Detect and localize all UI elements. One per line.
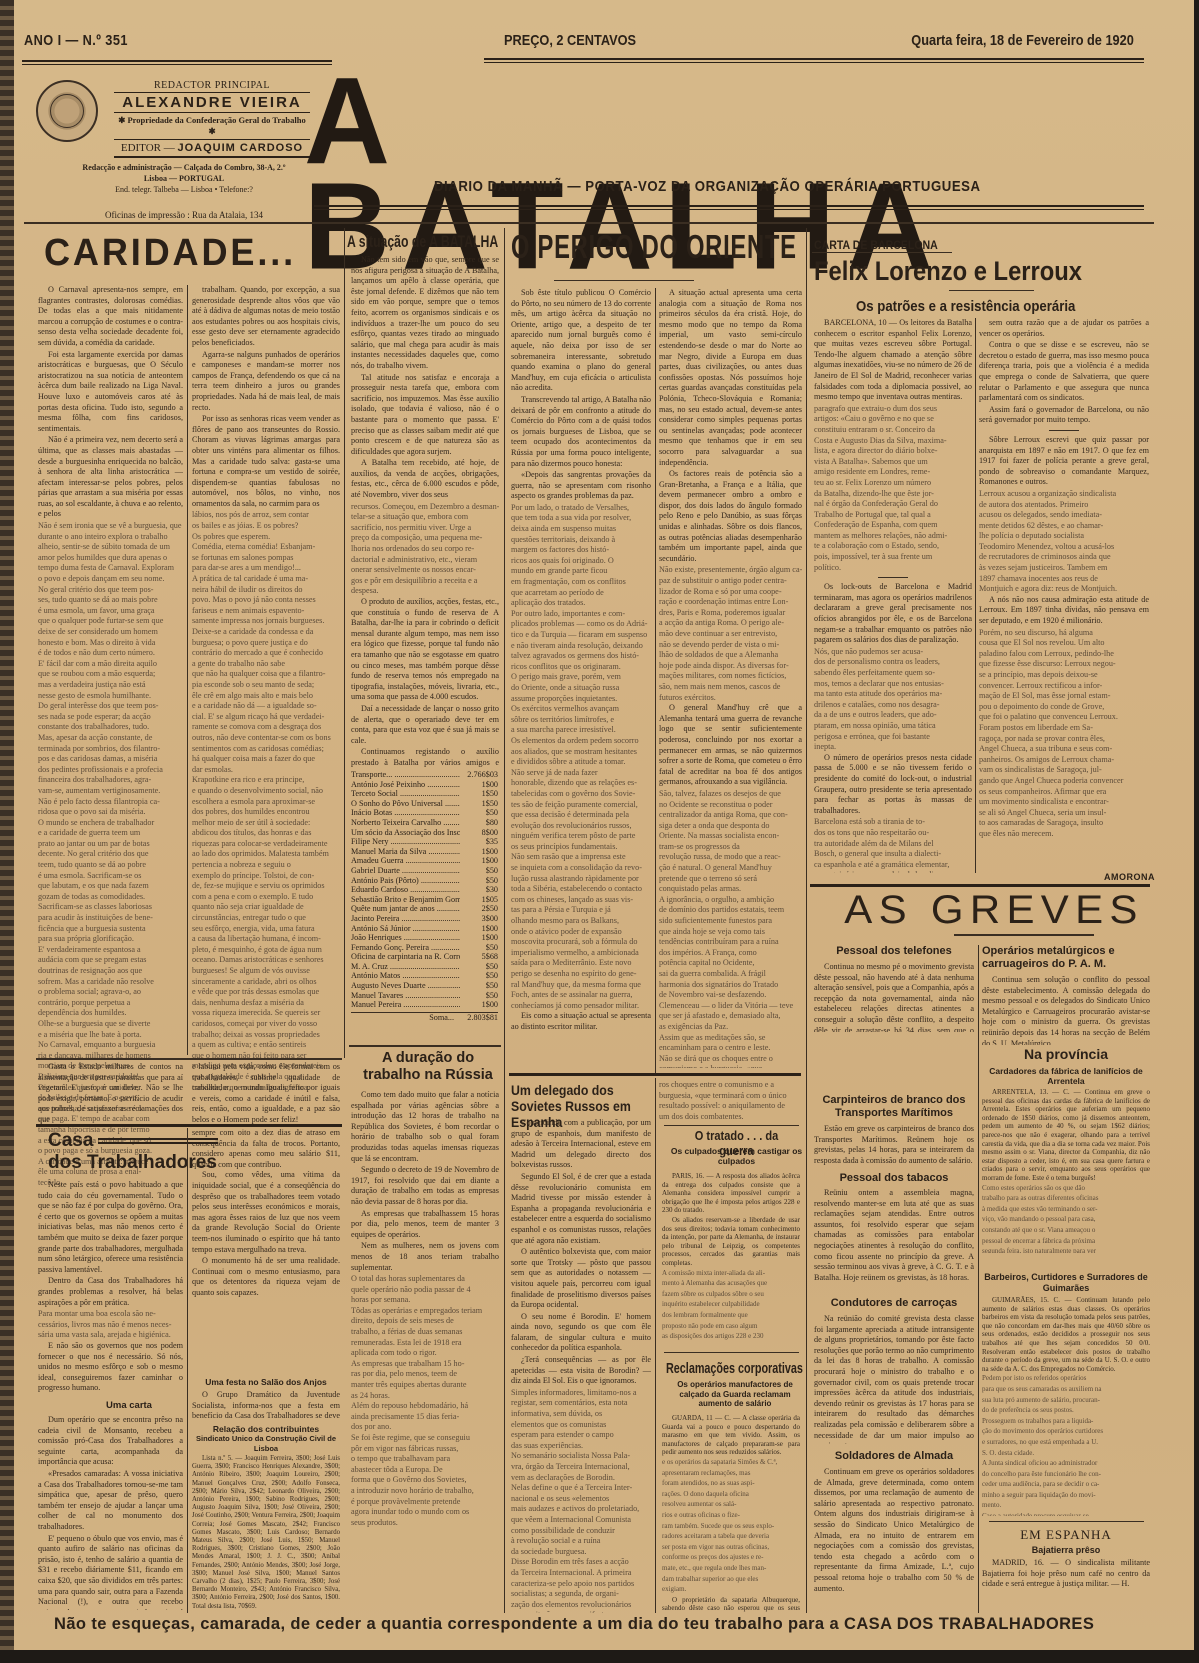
casa-letter: Dum operário que se encontra prêso na ca… [38,1415,183,1610]
contributor-name: Inácio Botas [351,808,460,818]
paragraph: Os lock-outs de Barcelona e Madrid termi… [814,582,972,646]
contribution-row: Manuel Maria da Silva1$00 [351,847,498,857]
column-rule [975,318,976,873]
contributor-name: Eduardo Cardoso [351,885,460,895]
paragraph: Continuam em greve os operários soldador… [814,1467,974,1594]
paragraph: Segundo o decreto de 19 de Novembro de 1… [351,1165,499,1207]
paragraph: Não tem sido em vão que, sempre que se n… [351,255,499,372]
paragraph: E não são os governos que nos podem forn… [38,1341,183,1394]
casa-col-1: Neste país está o povo habituado a que t… [38,1180,183,1395]
contributor-name: Sebastião Brito e Benjamim Gomes [351,895,460,905]
paragraph: A nós não nos causa admiração esta atitu… [979,595,1149,627]
paragraph: A situação actual apresenta uma certa an… [659,288,802,468]
column-rule [655,288,656,1073]
subheadline-reclamacoes: Os operários manufactores de calçado da … [669,1380,801,1409]
section-rule [36,1124,342,1127]
reclamacoes-text: GUARDA, 11 — C. — A classe operária da G… [662,1414,800,1612]
contributor-name: Quête num jantar de anos [351,904,460,914]
contribution-value: 3$00 [460,914,498,924]
paragraph: Dentro da Casa dos Trabalhadores há gran… [38,1276,183,1308]
paragraph: BARCELONA, 10 — Os leitores da Batalha c… [814,318,972,403]
body-text-continued: Nós, que não pudemos ser acusa-dos de pe… [814,647,972,753]
contribution-row: Manuel Pereira1$00 [351,1000,498,1010]
contribution-value: 1$00 [460,924,498,934]
body-text-continued: O total das horas suplementares daquele … [351,1274,499,1528]
paragraph: Os aliados reservam-se a liberdade de us… [662,1216,800,1268]
paragraph: ¿Terá consequências — as por êle apeteci… [511,1355,651,1387]
contributor-name: Norberto Teixeira Carvalho [351,818,460,828]
contribution-value: 1$00 [460,933,498,943]
address-line-4: Oficinas de impressão : Rua da Atalaia, … [54,210,314,220]
body-text-continued: Porém, no seu discurso, há algumacousa q… [979,628,1149,840]
em-espanha-heading: EM ESPANHA [982,1527,1150,1543]
page-edge-right [1194,0,1199,1663]
contribution-value: 2.766$03 [460,770,498,780]
paragraph: Coincidindo com a publicação, por um gru… [511,1118,651,1171]
contributor-name: Transporte... [351,770,460,780]
contribution-row: António Sá Júnior1$00 [351,924,498,934]
paragraph: O monumento há de ser uma realidade. Con… [192,1256,340,1298]
contributor-name: Manuel Pereira [351,1000,460,1010]
body-text-continued: A comissão mixta inter-aliada da ali-men… [662,1269,800,1342]
paragraph: «Depois das sangrentas provações da guer… [511,470,651,502]
paragraph: Continuamos registando o auxílio prestad… [351,747,499,770]
contribution-value: 8$00 [460,828,498,838]
editor-name: JOAQUIM CARDOSO [178,142,304,154]
relacao-subtitle: Sindicato Unico da Construção Civil de L… [192,1434,340,1454]
contribution-value: $50 [460,866,498,876]
paragraph: O proprietário da sapataria Albuquerque,… [662,1596,800,1612]
paragraph: e labutai pela vida, como êle formai com… [192,1062,340,1126]
body-text-continued: Pedem por isto os referidos operáriospar… [982,1374,1150,1516]
paragraph: Na reünião do comité grevista desta clas… [814,1314,974,1444]
greves-pam-text: Continua sem solução o conflito do pesso… [982,975,1150,1045]
perigo-col-2: A situação actual apresenta uma certa an… [659,288,802,1068]
contribution-value: 1$50 [460,799,498,809]
paragraph: Daí a necessidade de lançar o nosso grit… [351,704,499,746]
divider [1049,430,1079,431]
kicker-carta-barcelona: CARTA DE BARCELONA [814,238,938,252]
greves-carrocas-text: Na reünião do comité grevista desta clas… [814,1314,974,1444]
paragraph: Reüniu ontem a assembleia magna, resolve… [814,1188,974,1283]
tratado-text: PARIS, 16. — A resposta dos aliados àcêr… [662,1172,800,1342]
section-rule [989,1521,1144,1522]
paragraph: As empresas que trabalhassem 15 horas po… [351,1209,499,1241]
kicker-rule [812,252,952,253]
body-text-continued: Lerroux acusou a organização sindicalist… [979,489,1149,595]
headline-casa-line-1: Casa [48,1130,93,1151]
contributions-table: Transporte...2.766$03 António José Peixi… [351,770,498,1022]
contribution-value: 5$68 [460,952,498,962]
contribution-value: $80 [460,818,498,828]
paragraph: sempre com oito a dez dias de atraso em … [192,1128,340,1170]
paragraph: Assim fará o governador de Barcelona, ou… [979,405,1149,426]
subheadline-tratado: Os culpados querem castigar os culpados [669,1146,804,1166]
provincia-heading: Na província [982,1048,1150,1061]
body-text-continued: São, talvez, falazes os desejos de queno… [659,789,802,1068]
contribution-row: Transporte...2.766$03 [351,770,498,780]
page-edge-left [0,0,14,1663]
body-text-continued: e os operários da sapataria Simões & C.ª… [662,1458,800,1596]
column-rule [978,945,979,1613]
relacao-heading: Relação dos contribuintes Sindicato Unic… [192,1424,340,1454]
contribution-row: António José Peixinho1$00 [351,780,498,790]
paragraph: «Presados camaradas: A vossa iniciativa … [38,1469,183,1533]
greves-tabacos-text: Reüniu ontem a assembleia magna, resolve… [814,1188,974,1288]
contribution-row: Sebastião Brito e Benjamim Gomes1$05 [351,895,498,905]
casa-col-2: sempre com oito a dez dias de atraso em … [192,1128,340,1373]
contributor-name: António Matos [351,971,460,981]
contribution-value: $35 [460,837,498,847]
price: PREÇO, 2 CENTAVOS [504,32,636,49]
duracao-text: Como tem dado muito que falar a notícia … [351,1090,499,1605]
signature-amorona: AMORONA [1104,872,1155,882]
greves-section-carpinteiros-heading: Carpinteiros de branco dos Transportes M… [814,1094,974,1120]
headline-rule [949,290,1034,291]
paragraph: O número de operários presos nesta cidad… [814,753,972,817]
greves-telefones-text: Continua no mesmo pé o movimento grevist… [814,962,974,1032]
paragraph: Lista n.º 5. — Joaquim Ferreira, 3$00; J… [192,1455,340,1610]
address-line-3: End. telegr. Talbeba — Lisboa • Telefone… [54,184,314,195]
paragraph: Gasta o Estado milhares de contos na ali… [38,1062,183,1126]
paragraph: MADRID, 16. — O sindicalista militante B… [982,1558,1150,1590]
column-rule [655,1078,656,1613]
masthead-rule-bottom [314,205,1144,210]
contributor-name: Gabriel Duarte [351,866,460,876]
column-rule [187,1128,188,1613]
contribution-value: $50 [460,808,498,818]
greves-section-almada-heading: Soldadores de Almada [814,1450,974,1463]
headline-greves: AS GREVES [837,888,1152,933]
relacao-list: Lista n.º 5. — Joaquim Ferreira, 3$00; J… [192,1455,340,1610]
paragraph: Foi esta largamente exercida por damas a… [38,350,183,435]
paragraph: A Batalha tem recebido, até hoje, de aux… [351,458,499,500]
property-line: ✱ Propriedade da Confederação Geral do T… [114,113,310,140]
newspaper-page: ANO I — N.º 351 PREÇO, 2 CENTAVOS Quarta… [14,0,1194,1650]
contribution-row: Filipe Nery$35 [351,837,498,847]
redactor-label: REDACTOR PRINCIPAL [114,80,310,93]
body-text-continued: recursos. Começou, em Dezembro a desman-… [351,502,499,597]
contribution-value: $50 [460,962,498,972]
provincia-arrentela-text: ARRENTELA, 13. — C. — Continua em greve … [982,1088,1150,1253]
issue-number: ANO I — N.º 351 [24,32,128,49]
headline-reclamacoes: Reclamações corporativas [666,1360,763,1377]
contribution-row: Amadeu Guerra1$00 [351,856,498,866]
contribution-row: Quête num jantar de anos2$50 [351,904,498,914]
provincia-guimaraes-heading: Barbeiros, Curtidores e Surradores de Gu… [982,1272,1150,1293]
editor-label: EDITOR — [121,142,178,154]
contributor-name: Fernando Gonç. Pereira [351,943,460,953]
contribution-row: Jacinto Pereira3$00 [351,914,498,924]
address-block: Redacção e administração — Calçada do Co… [54,162,314,195]
greves-section-tabacos-heading: Pessoal dos tabacos [814,1172,974,1185]
body-text-continued: ros choques entre o comunismo e aburgues… [659,1080,802,1122]
greves-section-carrocas-heading: Condutores de carroças [814,1297,974,1310]
paragraph: O general Mand'huy crê que a Alemanha te… [659,703,802,788]
section-rule [664,1125,799,1126]
paragraph: Agarra-se nalguns punhados de operários … [192,350,340,414]
paragraph: PARIS, 16. — A resposta dos aliados àcêr… [662,1172,800,1215]
bajatierra-heading: Bajatierra prêso [982,1545,1150,1555]
paragraph: E' pequeno o óbulo que vos envio, mas é … [38,1534,183,1610]
paragraph: Contra o que se disse e se escreveu, não… [979,340,1149,404]
contributor-name: Amadeu Guerra [351,856,460,866]
body-text-continued: paragrafo que extraiu-o dum dos seusarti… [814,404,972,574]
caridade-closing-col-2: e labutai pela vida, como êle formai com… [192,1062,340,1122]
cgt-seal-icon [36,80,98,142]
festa-heading: Uma festa no Salão dos Anjos [192,1377,340,1387]
contribution-row: António Matos$50 [351,971,498,981]
page-edge-bottom [0,1650,1199,1663]
newspaper-subtitle: DIARIO DA MANHÃ — PORTA-VOZ DA ORGANIZAÇ… [434,178,981,195]
editor-line: EDITOR — JOAQUIM CARDOSO [114,140,310,158]
paragraph: ARRENTELA, 13. — C. — Continua em greve … [982,1088,1150,1183]
contribution-row: António Pais (Pôrto)$50 [351,876,498,886]
section-rule [349,1045,501,1047]
contribution-value: $50 [460,971,498,981]
paragraph: Sôbre Lerroux escrevi que quiz passar po… [979,435,1149,488]
headline-felix-lorenzo: Felix Lorenzo e Lerroux [814,256,1082,287]
caridade-col-2: trabalham. Quando, por excepção, a sua g… [192,285,340,1055]
contribution-value: 2$50 [460,904,498,914]
masthead-rule-left [22,60,332,65]
paragraph: GUIMARÃES, 15. C. — Continuam lutando pe… [982,1296,1150,1373]
paragraph: Nem as mulheres, nem os jovens com menos… [351,1241,499,1273]
masthead-topline: ANO I — N.º 351 PREÇO, 2 CENTAVOS Quarta… [24,30,1124,72]
paragraph: Eis como a situação actual se apresenta … [511,1011,651,1032]
contribution-row: Eduardo Cardoso$30 [351,885,498,895]
contributor-name: Manuel Tavares [351,991,460,1001]
contribution-value: $50 [460,943,498,953]
contribution-value: 1$00 [460,780,498,790]
contribution-value: $50 [460,991,498,1001]
paragraph: Dum operário que se encontra prêso na ca… [38,1415,183,1468]
contribution-value: $50 [460,876,498,886]
masthead-divider [24,222,1154,224]
section-rule [36,1058,342,1060]
footer-banner: Não te esqueças, camarada, de ceder a qu… [54,1615,1174,1634]
body-text-continued: Simples informadores, limitamo-nos aregi… [511,1388,651,1613]
paragraph: O seu nome é Borodin. E' homem ainda nov… [511,1312,651,1354]
paragraph: Sou, como vêdes, uma vítima da iniquidad… [192,1170,340,1255]
contributor-name: Filipe Nery [351,837,460,847]
contribution-row: Norberto Teixeira Carvalho$80 [351,818,498,828]
headline-duracao: A duração do trabalho na Rússia [354,1050,502,1084]
letter-heading: Uma carta [54,1400,204,1411]
contributor-name: M. A. Cruz [351,962,460,972]
paragraph: Tal atitude nos satisfaz e encoraja a pr… [351,373,499,458]
headline-rule [554,280,694,281]
contributor-name: Augusto Neves Duarte [351,981,460,991]
redactor-name: ALEXANDRE VIEIRA [114,93,310,113]
date: Quarta feira, 18 de Fevereiro de 1920 [911,32,1134,49]
contribution-value: 1$00 [460,856,498,866]
paragraph: Transcrevendo tal artigo, A Batalha não … [511,395,651,469]
section-rule [509,1073,801,1076]
newspaper-title: A BATALHA [304,68,1018,174]
total-value: 2.803$81 [460,1013,498,1023]
paragraph: Como tem dado muito que falar a notícia … [351,1090,499,1164]
body-text-continued: Não existe, presentemente, órgão algum c… [659,565,802,703]
contribution-value: 1$50 [460,789,498,799]
contribution-row: Augusto Neves Duarte$50 [351,981,498,991]
greves-almada-text: Continuam em greve os operários soldador… [814,1467,974,1607]
paragraph: Continua no mesmo pé o movimento grevist… [814,962,974,1032]
paragraph: O autêntico bolxevista que, com maior so… [511,1247,651,1311]
staff-box: REDACTOR PRINCIPAL ALEXANDRE VIEIRA ✱ Pr… [114,80,310,158]
contribution-value: 1$00 [460,1000,498,1010]
provincia-guimaraes-text: GUIMARÃES, 15. C. — Continuam lutando pe… [982,1296,1150,1516]
delegado-text: Coincidindo com a publicação, por um gru… [511,1118,651,1613]
contribution-row: Manuel Tavares$50 [351,991,498,1001]
festa-text: O Grupo Dramático da Juventude Socialist… [192,1390,340,1422]
contribution-value: $30 [460,885,498,895]
headline-situacao: A situação de A BATALHA [347,232,459,252]
contribution-row: M. A. Cruz$50 [351,962,498,972]
contribution-total-row: Soma...2.803$81 [351,1012,498,1023]
body-text-continued: Como estes operários são os que dãotraba… [982,1184,1150,1253]
contributor-name: António Sá Júnior [351,924,460,934]
paragraph: Estão em greve os carpinteiros de branco… [814,1124,974,1166]
subheadline-patroes: Os patrões e a resistência operária [856,298,1075,315]
address-line-1: Redacção e administração — Calçada do Co… [54,162,314,173]
contribution-value: $50 [460,981,498,991]
contributor-name: João Henriques [351,933,460,943]
barcelona-col-1: BARCELONA, 10 — Os leitores da Batalha c… [814,318,972,873]
section-rule [664,1352,799,1353]
body-text-continued: Barcelona está sob a tirania de to-dos o… [814,817,972,873]
contributor-name: Um sócio da Associação dos Inscritos Mar… [351,828,460,838]
contribution-row: Oficina de carpintaria na R. Correeiros,… [351,952,498,962]
relacao-title: Relação dos contribuintes [192,1424,340,1434]
paragraph: sem outra razão que a de ajudar os patrõ… [979,318,1149,339]
contributor-name: Oficina de carpintaria na R. Correeiros,… [351,952,460,962]
paragraph: Sob êste título publicou O Comércio do P… [511,288,651,394]
contributor-name: Terceto Social [351,789,460,799]
contribution-value: 1$05 [460,895,498,905]
body-text-continued: Para montar uma boa escola são ne-cessár… [38,1309,183,1341]
body-text-continued: lábios, nos pós de arroz, sem contaros b… [192,510,340,1093]
contributor-name: Manuel Maria da Silva [351,847,460,857]
caridade-closing-col-1: Gasta o Estado milhares de contos na ali… [38,1062,183,1122]
column-rule [504,228,505,1613]
body-text-continued: Por um lado, o tratado de Versalhes,que … [511,503,651,1012]
total-label: Soma... [351,1013,460,1023]
situacao-text: Não tem sido em vão que, sempre que se n… [351,255,499,770]
paragraph: GUARDA, 11 — C. — A classe operária da G… [662,1414,800,1457]
greves-carpinteiros-text: Estão em greve os carpinteiros de branco… [814,1124,974,1168]
paragraph: Os factores reais de potência são a Gran… [659,469,802,564]
headline-rule [954,934,1094,936]
perigo-end: ros choques entre o comunismo e aburgues… [659,1080,802,1122]
perigo-col-1: Sob êste título publicou O Comércio do P… [511,288,651,1068]
paragraph: O Carnaval apresenta-nos sempre, em flag… [38,285,183,349]
contributor-name: António José Peixinho [351,780,460,790]
contributor-name: António Pais (Pôrto) [351,876,460,886]
column-rule [806,228,807,1613]
paragraph: trabalham. Quando, por excepção, a sua g… [192,285,340,349]
masthead-rule-right [484,58,1144,63]
caridade-col-1: O Carnaval apresenta-nos sempre, em flag… [38,285,183,1055]
headline-caridade: CARIDADE... [44,232,296,275]
paragraph: Não é a primeira vez, nem decerto será a… [38,435,183,520]
greves-section-telefones-heading: Pessoal dos telefones [814,945,974,958]
column-rule [187,285,188,1055]
column-rule [344,228,345,1058]
contribution-value: 1$00 [460,847,498,857]
paragraph: Por isso as senhoras ricas veem vender a… [192,414,340,509]
paragraph: Neste país está o povo habituado a que t… [38,1180,183,1275]
greves-section-pam-heading: Operários metalúrgicos e carruageiros do… [982,945,1150,971]
divider [878,577,908,578]
contributor-name: Jacinto Pereira [351,914,460,924]
barcelona-col-2: sem outra razão que a de ajudar os patrõ… [979,318,1149,858]
contribution-row: Um sócio da Associação dos Inscritos Mar… [351,828,498,838]
headline-perigo: O PERIGO DO ORIENTE [511,228,797,266]
provincia-arrentela-heading: Cardadores da fábrica de lanifícios de A… [982,1066,1150,1086]
contributor-name: O Sonho do Pôvo Universal [351,799,460,809]
paragraph: Segundo El Sol, é de crer que a estada d… [511,1172,651,1246]
contribution-row: Gabriel Duarte$50 [351,866,498,876]
espanha-text: MADRID, 16. — O sindicalista militante B… [982,1558,1150,1606]
paragraph: Continua sem solução o conflito do pesso… [982,975,1150,1045]
paragraph: O Grupo Dramático da Juventude Socialist… [192,1390,340,1422]
seal-emblem-icon [50,94,84,128]
section-rule [810,884,1150,887]
contribution-row: Fernando Gonç. Pereira$50 [351,943,498,953]
paragraph: O produto de auxílios, acções, festas, e… [351,597,499,703]
contribution-row: Inácio Botas$50 [351,808,498,818]
address-line-2: Lisboa — PORTUGAL [54,173,314,184]
contribution-row: O Sonho do Pôvo Universal1$50 [351,799,498,809]
contribution-row: Terceto Social1$50 [351,789,498,799]
contribution-row: João Henriques1$00 [351,933,498,943]
